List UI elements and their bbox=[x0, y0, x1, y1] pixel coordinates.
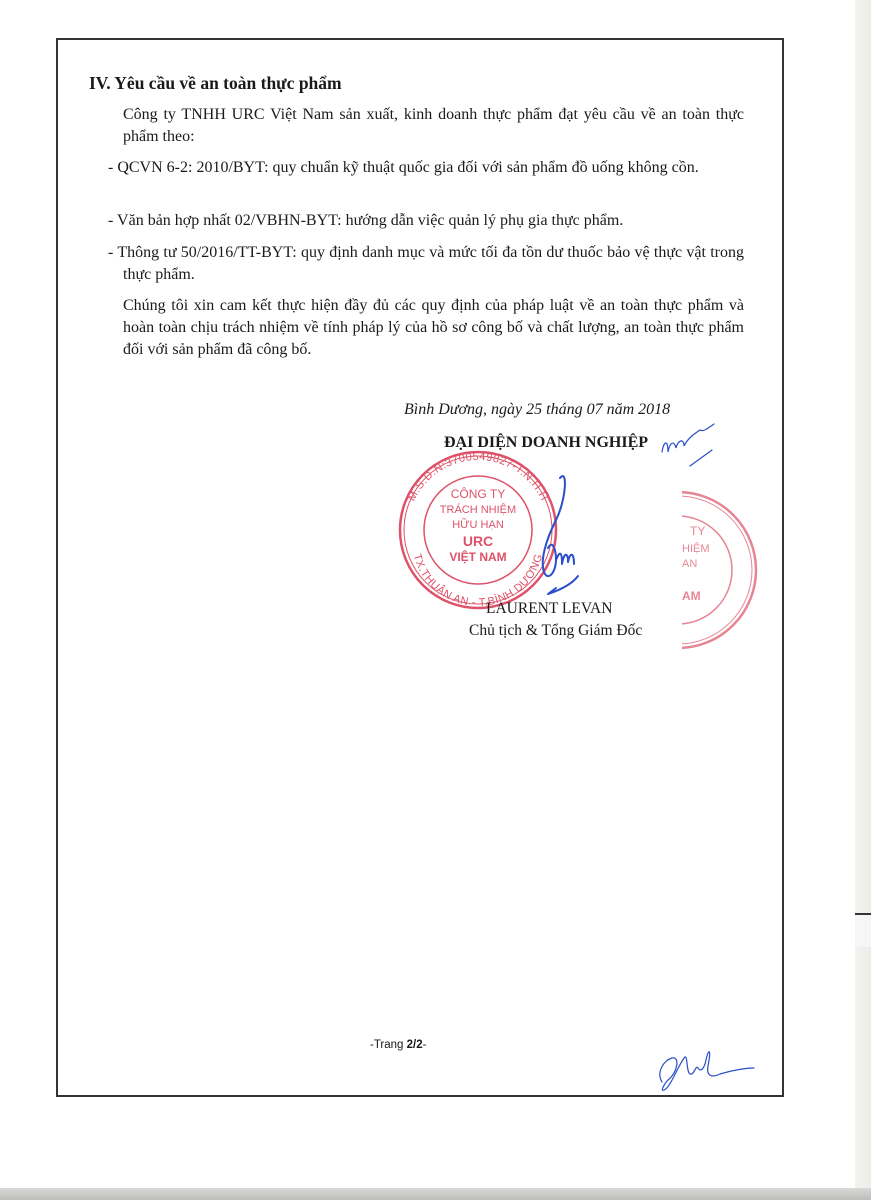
signer-title: Chủ tịch & Tổng Giám Đốc bbox=[469, 622, 642, 640]
representative-label: ĐẠI DIỆN DOANH NGHIỆP bbox=[444, 434, 648, 452]
scan-edge-bottom bbox=[0, 1188, 871, 1200]
signer-name: LAURENT LEVAN bbox=[486, 600, 612, 618]
regulation-item: - QCVN 6-2: 2010/BYT: quy chuẩn kỹ thuật… bbox=[108, 157, 744, 179]
scan-edge-right bbox=[855, 0, 871, 1200]
page-suffix: - bbox=[423, 1039, 427, 1051]
scan-edge-tab bbox=[855, 913, 871, 947]
section-heading: IV. Yêu cầu về an toàn thực phẩm bbox=[89, 73, 342, 94]
regulation-item: - Thông tư 50/2016/TT-BYT: quy định danh… bbox=[108, 242, 744, 286]
place-date: Bình Dương, ngày 25 tháng 07 năm 2018 bbox=[404, 401, 670, 419]
regulation-item: - Văn bản hợp nhất 02/VBHN-BYT: hướng dẫ… bbox=[108, 210, 744, 232]
commitment-paragraph: Chúng tôi xin cam kết thực hiện đầy đủ c… bbox=[123, 295, 744, 361]
page-border bbox=[56, 38, 784, 1097]
intro-paragraph: Công ty TNHH URC Việt Nam sản xuất, kinh… bbox=[123, 104, 744, 148]
page-number: -Trang 2/2- bbox=[370, 1039, 426, 1051]
page-count: 2/2 bbox=[407, 1039, 423, 1051]
page-prefix: -Trang bbox=[370, 1039, 407, 1051]
